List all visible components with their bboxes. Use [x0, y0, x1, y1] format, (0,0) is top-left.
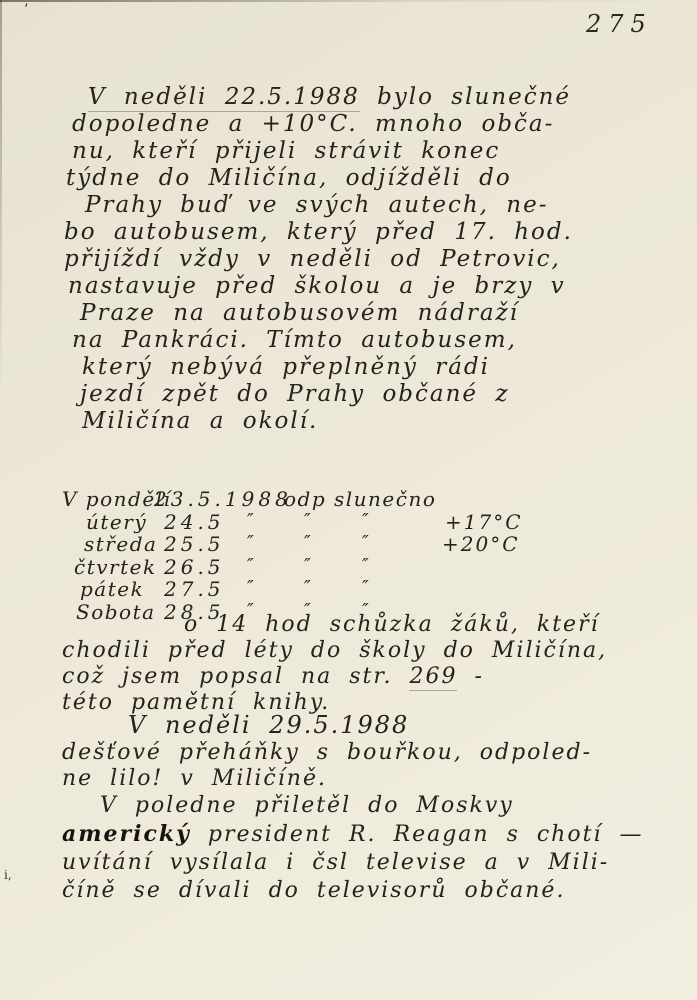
temperature: +17°C [445, 510, 523, 534]
ink-speck-top-left: ’ [24, 2, 28, 18]
scan-edge-top [0, 0, 697, 2]
weather-date: 27.5 [164, 577, 225, 601]
ditto-mark: ″ [362, 577, 370, 598]
text-line: chodili před léty do školy do Miličína, [62, 638, 662, 664]
ditto-mark: ″ [304, 555, 312, 576]
weather-date: 25.5 [164, 532, 225, 556]
weather-date: 23.5.1988 [154, 487, 292, 511]
ditto-mark: ″ [247, 532, 255, 553]
ditto-mark: ″ [362, 555, 370, 576]
emphasized-word: americký [62, 821, 191, 847]
weather-row: čtvrtek 26.5 ″ ″ ″ [62, 555, 622, 578]
page-reference: 269 [409, 664, 457, 691]
weather-table: V pondělí 23.5.1988 odp slunečno úterý 2… [62, 487, 622, 622]
text-line: Miličína a okolí. [82, 408, 672, 435]
weather-day: čtvrtek [74, 555, 157, 579]
text-line: Praze na autobusovém nádraží [80, 300, 672, 327]
weather-row: pátek 27.5 ″ ″ ″ [62, 577, 622, 600]
text-segment: - [457, 664, 483, 689]
text-line: americký president R. Reagan s chotí — [62, 820, 682, 849]
ditto-mark: ″ [304, 577, 312, 598]
text-line: jezdí zpět do Prahy občané z [80, 381, 672, 408]
ink-speck-left-edge: i, [4, 868, 12, 882]
text-segment: což jsem popsal na str. [62, 664, 409, 689]
ditto-mark: ″ [362, 510, 370, 531]
entry-1988-05-29: V neděli 29.5.1988 dešťové přeháňky s bo… [62, 710, 662, 792]
text-line: týdne do Miličína, odjížděli do [66, 165, 672, 192]
weather-date: 26.5 [164, 555, 225, 579]
weather-day: úterý [86, 510, 147, 534]
weather-note: odp [284, 487, 326, 511]
text-line: přijíždí vždy v neděli od Petrovic, [64, 246, 672, 273]
text-segment: president R. Reagan s chotí — [191, 822, 644, 847]
entry-1988-05-22: V neděli 22.5.1988 bylo slunečné dopoled… [62, 84, 672, 435]
text-line: V poledne přiletěl do Moskvy [100, 792, 682, 820]
ditto-mark: ″ [362, 532, 370, 553]
text-line: bo autobusem, který před 17. hod. [64, 219, 672, 246]
text-line: nu, kteří přijeli strávit konec [72, 138, 672, 165]
entry1-heading-rest: bylo slunečné [360, 84, 571, 110]
text-line: číně se dívali do televisorů občané. [62, 877, 682, 905]
entry1-date: V neděli 22.5.1988 [88, 84, 360, 112]
weather-date: 24.5 [164, 510, 225, 534]
ditto-mark: ″ [247, 510, 255, 531]
text-line: což jsem popsal na str. 269 - [62, 664, 662, 690]
entry2-heading: V neděli 29.5.1988 [128, 710, 662, 740]
text-line: dešťové přeháňky s bouřkou, odpoled- [62, 740, 662, 766]
text-line: na Pankráci. Tímto autobusem, [72, 327, 672, 354]
weather-day: pátek [80, 577, 144, 601]
weather-row: středa 25.5 ″ ″ ″ +20°C [62, 532, 622, 555]
text-line: uvítání vysílala i čsl televise a v Mili… [62, 849, 682, 877]
reagan-note: V poledne přiletěl do Moskvy americký pr… [62, 792, 682, 905]
weather-row: úterý 24.5 ″ ″ ″ +17°C [62, 510, 622, 533]
ditto-mark: ″ [247, 555, 255, 576]
weather-day: středa [84, 532, 157, 556]
meeting-note: o 14 hod schůzka žáků, kteří chodili pře… [62, 612, 662, 716]
temperature: +20°C [442, 532, 520, 556]
page-number: 275 [586, 10, 653, 38]
chronicle-page: ’ i, 275 V neděli 22.5.1988 bylo slunečn… [0, 0, 697, 1000]
scan-edge-left [0, 0, 2, 400]
text-line: o 14 hod schůzka žáků, kteří [184, 612, 662, 638]
text-line: dopoledne a +10°C. mnoho obča- [72, 111, 672, 138]
text-line: který nebývá přeplněný rádi [82, 354, 672, 381]
ditto-mark: ″ [304, 510, 312, 531]
text-line: Prahy buď ve svých autech, ne- [85, 192, 672, 219]
weather-row: V pondělí 23.5.1988 odp slunečno [62, 487, 622, 510]
ditto-mark: ″ [247, 577, 255, 598]
text-line: nastavuje před školou a je brzy v [68, 273, 672, 300]
text-line: ne lilo! v Miličíně. [62, 766, 662, 792]
ditto-mark: ″ [304, 532, 312, 553]
entry1-heading-line: V neděli 22.5.1988 bylo slunečné [88, 84, 672, 111]
weather-condition: slunečno [334, 487, 436, 511]
